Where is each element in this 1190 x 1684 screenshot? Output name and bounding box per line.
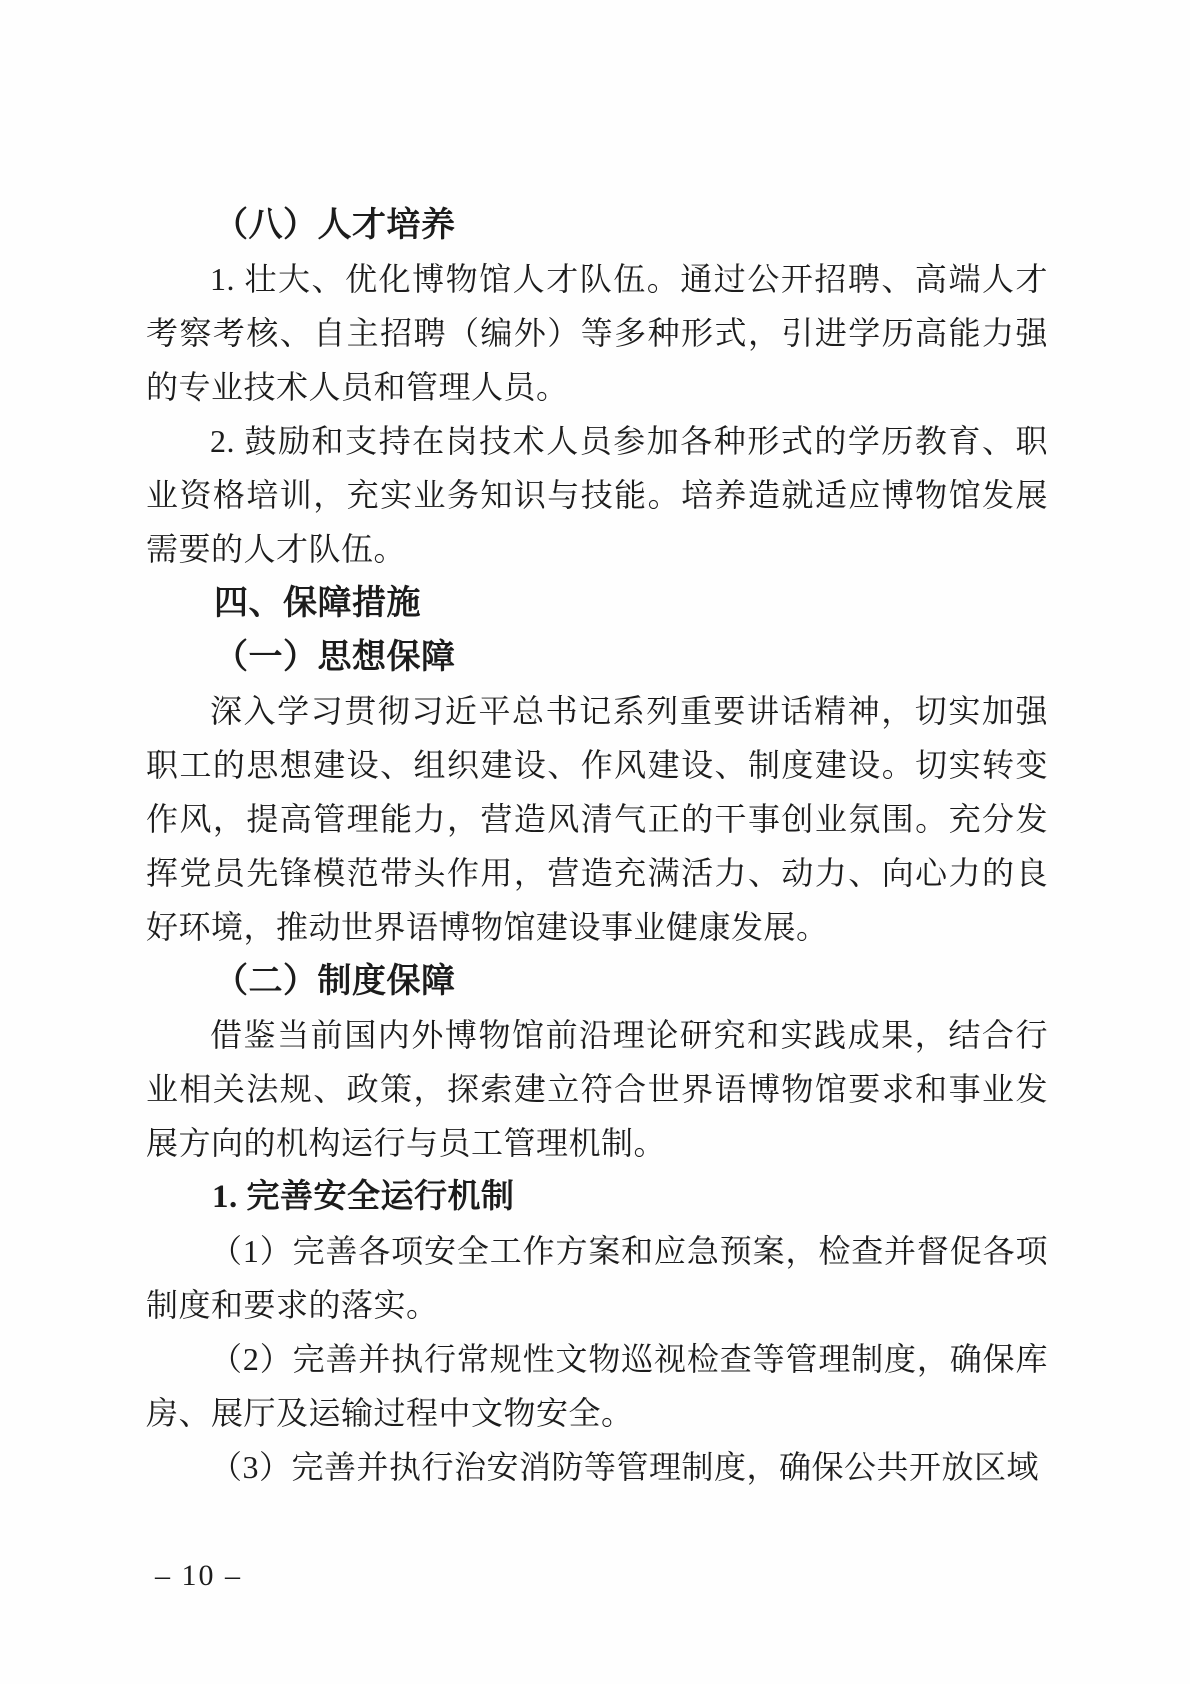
paragraph-system-safeguard: 借鉴当前国内外博物馆前沿理论研究和实践成果，结合行业相关法规、政策，探索建立符合… — [146, 1008, 1048, 1170]
page-number: – 10 – — [155, 1558, 242, 1594]
section-heading-ideological-safeguard: （一）思想保障 — [146, 630, 1048, 684]
paragraph-mechanism-item-1: （1）完善各项安全工作方案和应急预案，检查并督促各项制度和要求的落实。 — [146, 1224, 1048, 1332]
document-page: （八）人才培养 1. 壮大、优化博物馆人才队伍。通过公开招聘、高端人才考察考核、… — [0, 0, 1190, 1684]
paragraph-mechanism-item-2: （2）完善并执行常规性文物巡视检查等管理制度，确保库房、展厅及运输过程中文物安全… — [146, 1332, 1048, 1440]
chapter-heading-safeguard-measures: 四、保障措施 — [146, 576, 1048, 630]
sub-heading-safe-operation-mechanism: 1. 完善安全运行机制 — [146, 1170, 1048, 1224]
section-heading-talent-cultivation: （八）人才培养 — [146, 198, 1048, 252]
section-heading-system-safeguard: （二）制度保障 — [146, 954, 1048, 1008]
paragraph-mechanism-item-3: （3）完善并执行治安消防等管理制度，确保公共开放区域 — [146, 1440, 1048, 1494]
paragraph-talent-item-1: 1. 壮大、优化博物馆人才队伍。通过公开招聘、高端人才考察考核、自主招聘（编外）… — [146, 252, 1048, 414]
paragraph-talent-item-2: 2. 鼓励和支持在岗技术人员参加各种形式的学历教育、职业资格培训，充实业务知识与… — [146, 414, 1048, 576]
document-content: （八）人才培养 1. 壮大、优化博物馆人才队伍。通过公开招聘、高端人才考察考核、… — [146, 198, 1048, 1494]
paragraph-ideological-safeguard: 深入学习贯彻习近平总书记系列重要讲话精神，切实加强职工的思想建设、组织建设、作风… — [146, 684, 1048, 954]
